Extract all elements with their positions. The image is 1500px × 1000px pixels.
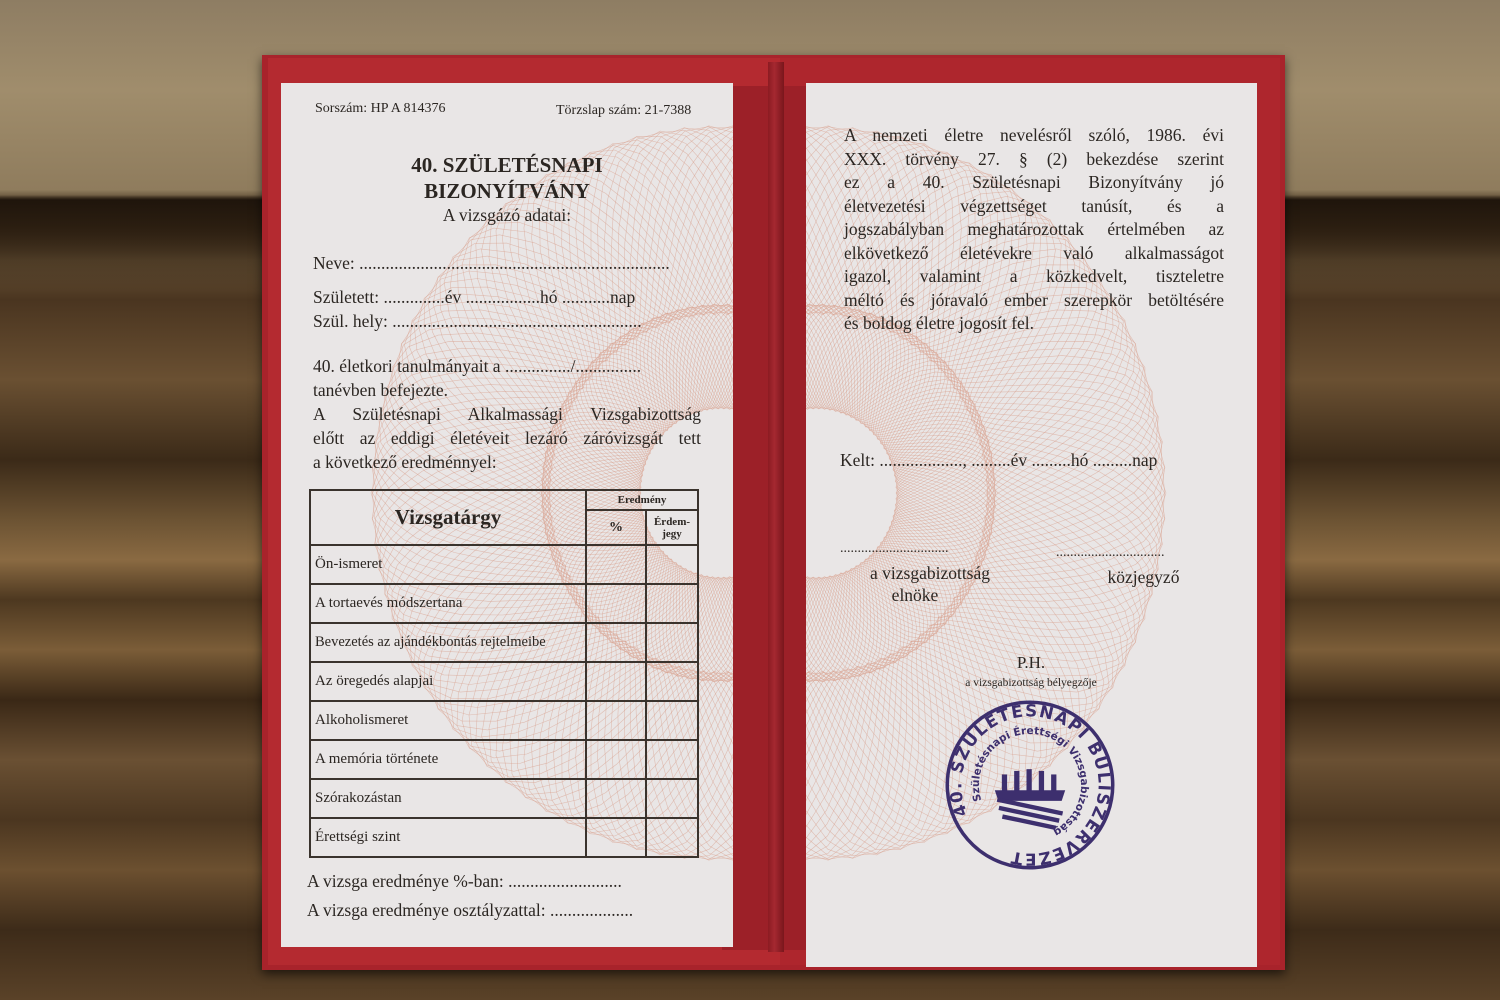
paragraph-line: A nemzeti életre nevelésről szóló, 1986.… [844,123,1224,147]
paragraph-line: ez a 40. Születésnapi Bizonyítvány jó [844,170,1224,194]
subject-cell: Ön-ismeret [310,545,586,584]
candidate-data-heading: A vizsgázó adatai: [281,203,733,227]
notary-label: közjegyző [1056,565,1231,589]
birthday-cake-icon [995,769,1065,830]
name-field[interactable]: Neve: ..................................… [313,251,670,275]
table-row: Bevezetés az ajándékbontás rejtelmeibe [310,623,698,662]
percent-cell[interactable] [586,740,646,779]
grade-cell[interactable] [646,818,698,857]
subject-cell: Az öregedés alapjai [310,662,586,701]
birthplace-field[interactable]: Szül. hely: ............................… [313,309,642,333]
chair-signature-line[interactable]: ............................... [840,541,949,557]
percent-cell[interactable] [586,623,646,662]
percent-cell[interactable] [586,584,646,623]
paragraph-line: életvezetési végzettséget tanúsít, és a [844,194,1224,218]
paragraph-line: jogszabályban meghatározottak értelmében… [844,217,1224,241]
percent-cell[interactable] [586,818,646,857]
official-stamp: 40. SZÜLETÉSNAPI BULISZERVEZET Születésn… [942,697,1118,873]
grade-cell[interactable] [646,623,698,662]
chair-label-line1: a vizsgabizottság [840,561,1020,585]
table-row: Alkoholismeret [310,701,698,740]
table-row: Szórakozástan [310,779,698,818]
result-grade-line[interactable]: A vizsga eredménye osztályzattal: ......… [307,898,633,922]
studies-line: előtt az eddigi életéveit lezáró záróviz… [313,426,701,450]
percent-cell[interactable] [586,545,646,584]
result-percent-line[interactable]: A vizsga eredménye %-ban: ..............… [307,869,622,893]
birth-date-field[interactable]: Született: ..............év ............… [313,285,635,309]
studies-line: A Születésnapi Alkalmassági Vizsgabizott… [313,402,701,426]
spine-crease [768,62,784,952]
table-row: Az öregedés alapjai [310,662,698,701]
header-subject: Vizsgatárgy [310,490,586,545]
header-result: Eredmény [586,490,698,510]
studies-line: a következő eredménnyel: [313,450,497,474]
subject-cell: Bevezetés az ajándékbontás rejtelmeibe [310,623,586,662]
header-grade-label: Érdem- jegy [654,516,690,540]
stamp-caption: a vizsgabizottság bélyegzője [926,677,1136,689]
serial-number: Sorszám: HP A 814376 [315,101,446,117]
grade-cell[interactable] [646,584,698,623]
ph-label: P.H. [926,653,1136,673]
exam-results-table: Vizsgatárgy Eredmény % Érdem- jegy Ön-is… [309,489,699,858]
paragraph-line: és boldog életre jogosít fel. [844,311,1034,335]
grade-cell[interactable] [646,662,698,701]
studies-line: tanévben befejezte. [313,378,448,402]
subject-cell: A tortaevés módszertana [310,584,586,623]
cover-spine [722,86,808,950]
subject-cell: Alkoholismeret [310,701,586,740]
grade-cell[interactable] [646,701,698,740]
left-page: Sorszám: HP A 814376 Törzslap szám: 21-7… [281,83,733,947]
paragraph-line: XXX. törvény 27. § (2) bekezdése szerint [844,147,1224,171]
certificate-title-line1: 40. SZÜLETÉSNAPI [281,153,733,178]
dated-field[interactable]: Kelt: ..................., .........év .… [840,448,1157,472]
table-row: Ön-ismeret [310,545,698,584]
header-grade: Érdem- jegy [646,510,698,545]
subject-cell: Szórakozástan [310,779,586,818]
grade-cell[interactable] [646,740,698,779]
register-number: Törzslap szám: 21-7388 [556,103,691,119]
paragraph-line: elkövetkező életévekre való alkalmasságo… [844,241,1224,265]
paragraph-line: igazol, valamint a közkedvelt, tisztelet… [844,264,1224,288]
chair-label-line2: elnöke [840,583,990,607]
table-row: A memória története [310,740,698,779]
grade-cell[interactable] [646,779,698,818]
table-row: Érettségi szint [310,818,698,857]
paragraph-line: méltó és jóravaló ember szerepkör betölt… [844,288,1224,312]
studies-line: 40. életkori tanulmányait a ............… [313,354,641,378]
certificate-title-line2: BIZONYÍTVÁNY [281,179,733,204]
right-page: A nemzeti életre nevelésről szóló, 1986.… [806,83,1257,967]
grade-cell[interactable] [646,545,698,584]
percent-cell[interactable] [586,662,646,701]
header-percent: % [586,510,646,545]
notary-signature-line[interactable]: ............................... [1056,545,1165,561]
percent-cell[interactable] [586,701,646,740]
percent-cell[interactable] [586,779,646,818]
subject-cell: Érettségi szint [310,818,586,857]
table-row: A tortaevés módszertana [310,584,698,623]
subject-cell: A memória története [310,740,586,779]
